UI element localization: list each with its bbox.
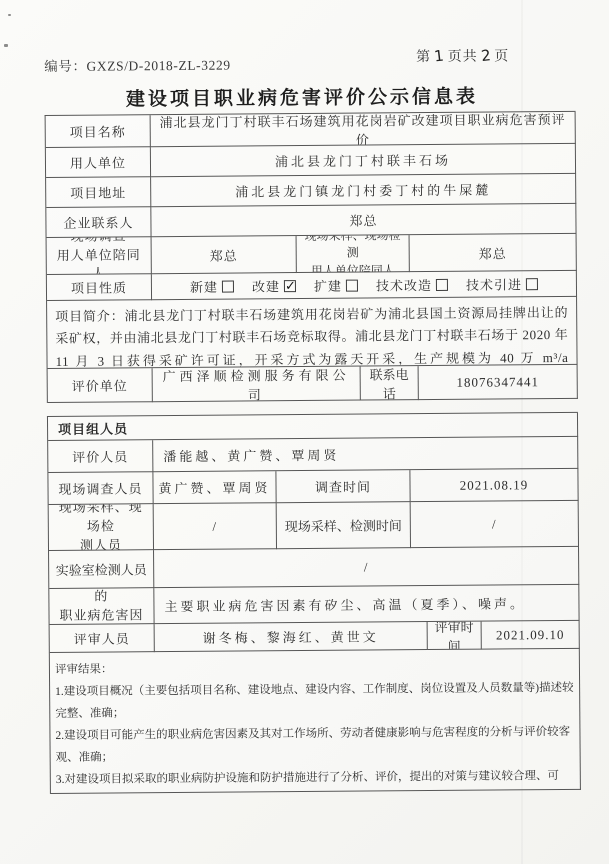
employer-value: 浦北县龙门丁村联丰石场: [151, 144, 576, 177]
nature-option-new: 新建: [190, 277, 234, 296]
table-row: 评审结果： 1.建设项目概况（主要包括项目名称、建设地点、建设内容、工作制度、岗…: [50, 649, 581, 794]
survey-time-label: 调查时间: [276, 470, 410, 503]
table-row: 项目地址 浦北县龙门镇龙门村委丁村的牛屎麓: [46, 174, 576, 208]
document-sheet: 编号：GXZS/D-2018-ZL-3229 第1页共2页 建设项目职业病危害评…: [0, 0, 609, 864]
table-row: 评价人员 潘能越、黄广赞、覃周贤: [48, 437, 578, 473]
page-counter: 第1页共2页: [416, 45, 509, 66]
checkbox-tech-upgrade: [436, 278, 448, 290]
contact-label: 企业联系人: [46, 207, 151, 238]
address-value: 浦北县龙门镇龙门村委丁村的牛屎麓: [151, 174, 576, 207]
hazards-value: 主要职业病危害因素有矽尘、高温（夏季）、噪声。: [154, 585, 579, 624]
survey-time-value: 2021.08.19: [410, 469, 578, 502]
project-name-value: 浦北县龙门丁村联丰石场建筑用花岗岩矿改建项目职业病危害预评价: [151, 112, 576, 147]
page-number-handwritten: 1: [430, 46, 448, 66]
sampling-time-value: /: [411, 501, 579, 548]
review-results-cell: 评审结果： 1.建设项目概况（主要包括项目名称、建设地点、建设内容、工作制度、岗…: [50, 649, 581, 794]
lab-staff-value: /: [154, 547, 579, 588]
project-team-table: 项目组人员 评价人员 潘能越、黄广赞、覃周贤 现场调查人员 黄广赞、覃周贤 调查…: [47, 412, 581, 794]
page-counter-middle: 页共: [448, 50, 478, 65]
table-row: 评审人员 谢冬梅、黎海红、黄世文 评审时间 2021.09.10: [50, 621, 580, 653]
phone-value: 18076347441: [419, 365, 578, 400]
contact-value: 郑总: [151, 204, 576, 237]
project-summary: 项目简介：浦北县龙门丁村联丰石场建筑用花岗岩矿为浦北县国土资源局挂牌出让的采矿权…: [47, 297, 578, 369]
table-row: 企业联系人 郑总: [46, 204, 576, 238]
evaluators-label: 评价人员: [48, 440, 153, 473]
table-row: 用人单位 浦北县龙门丁村联丰石场: [46, 144, 576, 178]
project-name-label: 项目名称: [46, 115, 151, 148]
table-row: 项目名称 浦北县龙门丁村联丰石场建筑用花岗岩矿改建项目职业病危害预评价: [46, 112, 576, 148]
checkbox-new: [222, 280, 234, 292]
address-label: 项目地址: [46, 177, 151, 208]
phone-label: 联系电话: [361, 366, 419, 400]
sampling-accompany-label: 现场采样、现场检测 用人单位陪同人: [297, 235, 410, 273]
project-nature-label: 项目性质: [47, 274, 152, 301]
survey-staff-label: 现场调查人员: [48, 472, 153, 505]
checkbox-expand: [346, 279, 358, 291]
table-row: 评价单位 广西泽顺检测服务有限公司 联系电话 18076347441: [48, 365, 578, 403]
sampling-accompany-value: 郑总: [410, 234, 577, 272]
table-row: 现场调查 用人单位陪同人 郑总 现场采样、现场检测 用人单位陪同人 郑总: [47, 234, 577, 275]
project-nature-options: 新建 改建✓ 扩建 技术改造 技术引进: [152, 271, 577, 300]
sampling-staff-value: /: [154, 503, 277, 550]
review-time-value: 2021.09.10: [482, 621, 580, 650]
survey-accompany-value: 郑总: [152, 236, 297, 274]
survey-staff-value: 黄广赞、覃周贤: [153, 471, 276, 504]
evaluators-value: 潘能越、黄广赞、覃周贤: [153, 437, 578, 472]
nature-option-tech-upgrade: 技术改造: [376, 275, 448, 295]
scanned-document-page: 编号：GXZS/D-2018-ZL-3229 第1页共2页 建设项目职业病危害评…: [0, 0, 609, 864]
lab-staff-label: 实验室检测人员: [49, 550, 154, 589]
checkbox-rebuild-checked: ✓: [284, 280, 296, 292]
review-result-item: 2.建设项目可能产生的职业病危害因素及其对工作场所、劳动者健康影响与危害程度的分…: [55, 721, 574, 769]
page-title: 建设项目职业病危害评价公示信息表: [0, 81, 607, 113]
survey-accompany-label: 现场调查 用人单位陪同人: [47, 237, 152, 275]
review-time-label: 评审时间: [428, 622, 482, 650]
sampling-staff-label: 现场采样、现场检 测人员: [49, 504, 154, 551]
table-row: 现场采样、现场检 测人员 / 现场采样、检测时间 /: [49, 501, 579, 551]
table-row: 建设项目存在的 职业病危害因素 主要职业病危害因素有矽尘、高温（夏季）、噪声。: [49, 585, 579, 625]
page-counter-prefix: 第: [416, 50, 431, 65]
hazards-label: 建设项目存在的 职业病危害因素: [49, 588, 154, 625]
evaluator-value: 广西泽顺检测服务有限公司: [153, 367, 361, 403]
nature-option-expand: 扩建: [314, 276, 358, 295]
table-row: 现场调查人员 黄广赞、覃周贤 调查时间 2021.08.19: [48, 469, 578, 505]
table-row: 项目简介：浦北县龙门丁村联丰石场建筑用花岗岩矿为浦北县国土资源局挂牌出让的采矿权…: [47, 297, 578, 369]
project-info-table: 项目名称 浦北县龙门丁村联丰石场建筑用花岗岩矿改建项目职业病危害预评价 用人单位…: [45, 111, 578, 403]
reviewers-value: 谢冬梅、黎海红、黄世文: [155, 622, 428, 652]
review-result-item: 3.对建设项目拟采取的职业病防护设施和防护措施进行了分析、评价，提出的对策与建议…: [56, 765, 575, 794]
page-total-handwritten: 2: [477, 46, 495, 66]
page-counter-suffix: 页: [494, 49, 509, 64]
reviewers-label: 评审人员: [50, 624, 155, 653]
checkbox-tech-import: [526, 278, 538, 290]
employer-label: 用人单位: [46, 147, 151, 178]
review-result-item: 1.建设项目概况（主要包括项目名称、建设地点、建设内容、工作制度、岗位设置及人员…: [55, 677, 574, 725]
sampling-time-label: 现场采样、检测时间: [277, 502, 411, 549]
nature-option-rebuild: 改建✓: [252, 276, 296, 295]
nature-option-tech-import: 技术引进: [466, 274, 538, 294]
table-row: 实验室检测人员 /: [49, 547, 579, 589]
document-number: 编号：GXZS/D-2018-ZL-3229: [44, 54, 231, 75]
evaluator-label: 评价单位: [48, 368, 153, 403]
